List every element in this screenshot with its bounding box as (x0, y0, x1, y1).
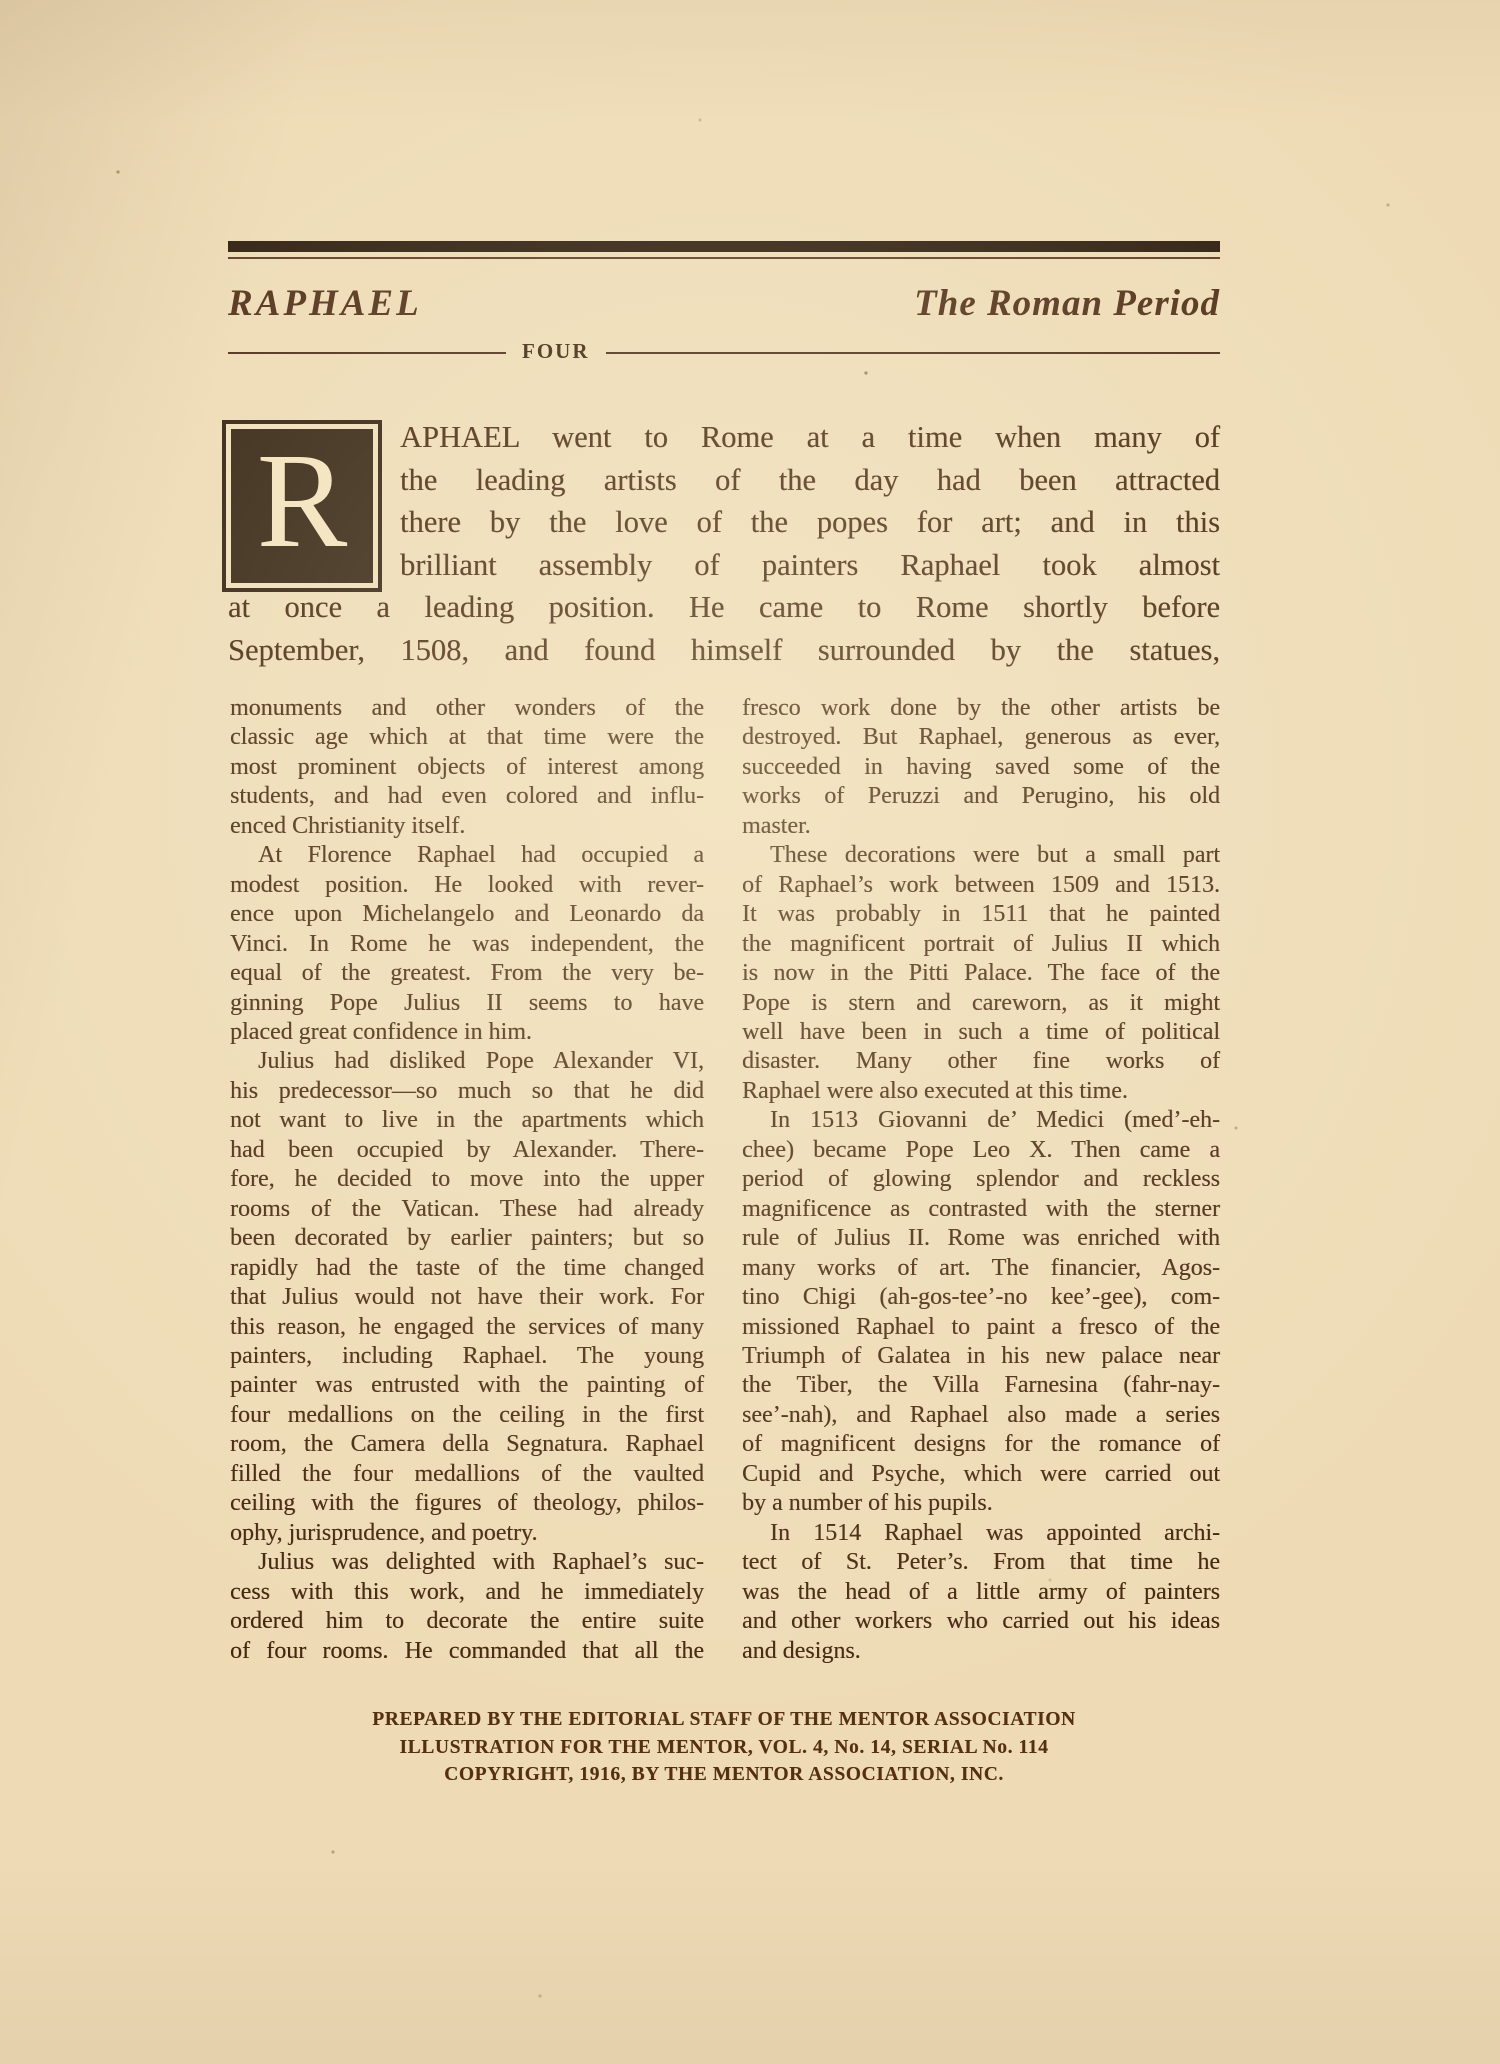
text-line: ILLUSTRATION FOR THE MENTOR, VOL. 4, No.… (228, 1734, 1220, 1762)
text-line: magnificence as contrasted with the ster… (742, 1195, 1220, 1224)
text-line: been decorated by earlier painters; but … (230, 1224, 704, 1253)
text-line: cess with this work, and he immediately (230, 1578, 704, 1607)
text-line: well have been in such a time of politic… (742, 1018, 1220, 1047)
text-line: the leading artists of the day had been … (400, 459, 1220, 502)
divider-rule-left (228, 352, 506, 354)
text-line: rapidly had the taste of the time change… (230, 1254, 704, 1283)
text-line: ginning Pope Julius II seems to have (230, 989, 704, 1018)
text-line: In 1513 Giovanni de’ Medici (med’-eh- (742, 1106, 1220, 1135)
text-line: Julius was delighted with Raphael’s suc- (230, 1548, 704, 1577)
text-line: students, and had even colored and influ… (230, 782, 704, 811)
text-line: painters, including Raphael. The young (230, 1342, 704, 1371)
text-line: missioned Raphael to paint a fresco of t… (742, 1313, 1220, 1342)
text-line: Vinci. In Rome he was independent, the (230, 930, 704, 959)
divider-rule-right (606, 352, 1221, 354)
text-line: ence upon Michelangelo and Leonardo da (230, 900, 704, 929)
text-line: painter was entrusted with the painting … (230, 1371, 704, 1400)
text-line: ordered him to decorate the entire suite (230, 1607, 704, 1636)
text-line: monuments and other wonders of the (230, 694, 704, 723)
text-line: fore, he decided to move into the upper (230, 1165, 704, 1194)
text-line: Triumph of Galatea in his new palace nea… (742, 1342, 1220, 1371)
text-line: ceiling with the figures of theology, ph… (230, 1489, 704, 1518)
text-line: enced Christianity itself. (230, 812, 704, 841)
text-line: period of glowing splendor and reckless (742, 1165, 1220, 1194)
text-line: his predecessor—so much so that he did (230, 1077, 704, 1106)
text-line: Cupid and Psyche, which were carried out (742, 1460, 1220, 1489)
text-line: had been occupied by Alexander. There- (230, 1136, 704, 1165)
text-line: tect of St. Peter’s. From that time he (742, 1548, 1220, 1577)
paragraph: At Florence Raphael had occupied amodest… (230, 841, 704, 1047)
text-line: Raphael were also executed at this time. (742, 1077, 1220, 1106)
text-line: of four rooms. He commanded that all the (230, 1637, 704, 1666)
paragraph: These decorations were but a small parto… (742, 841, 1220, 1106)
text-line: APHAEL went to Rome at a time when many … (400, 416, 1220, 459)
text-line: destroyed. But Raphael, generous as ever… (742, 723, 1220, 752)
text-line: master. (742, 812, 1220, 841)
drop-cap-tile: R (231, 429, 373, 583)
paragraph: fresco work done by the other artists be… (742, 694, 1220, 841)
text-line: Julius had disliked Pope Alexander VI, (230, 1047, 704, 1076)
text-line: placed great confidence in him. (230, 1018, 704, 1047)
text-line: chee) became Pope Leo X. Then came a (742, 1136, 1220, 1165)
text-line: rooms of the Vatican. These had already (230, 1195, 704, 1224)
text-line: the magnificent portrait of Julius II wh… (742, 930, 1220, 959)
page-number-divider: FOUR (228, 340, 1220, 365)
drop-cap: R (222, 420, 382, 592)
text-line: At Florence Raphael had occupied a (230, 841, 704, 870)
text-line: classic age which at that time were the (230, 723, 704, 752)
text-line: that Julius would not have their work. F… (230, 1283, 704, 1312)
text-line: COPYRIGHT, 1916, BY THE MENTOR ASSOCIATI… (228, 1761, 1220, 1789)
text-line: not want to live in the apartments which (230, 1106, 704, 1135)
text-line: filled the four medallions of the vaulte… (230, 1460, 704, 1489)
text-line: equal of the greatest. From the very be- (230, 959, 704, 988)
paragraph: Julius had disliked Pope Alexander VI,hi… (230, 1047, 704, 1548)
body-right-column: fresco work done by the other artists be… (742, 694, 1220, 1666)
top-rule-thick (228, 241, 1220, 252)
page-number-label: FOUR (522, 339, 590, 364)
text-line: tino Chigi (ah-gos-tee’-no kee’-gee), co… (742, 1283, 1220, 1312)
text-line: by a number of his pupils. (742, 1489, 1220, 1518)
paragraph: monuments and other wonders of theclassi… (230, 694, 704, 841)
text-line: PREPARED BY THE EDITORIAL STAFF OF THE M… (228, 1706, 1220, 1734)
text-line: fresco work done by the other artists be (742, 694, 1220, 723)
running-header: RAPHAEL The Roman Period (228, 282, 1220, 325)
header-left-title: RAPHAEL (228, 282, 422, 325)
intro-section: R APHAEL went to Rome at a time when man… (228, 416, 1220, 671)
text-line: of Raphael’s work between 1509 and 1513. (742, 871, 1220, 900)
drop-cap-letter: R (257, 433, 348, 569)
text-line: and designs. (742, 1637, 1220, 1666)
text-line: there by the love of the popes for art; … (400, 501, 1220, 544)
text-line: September, 1508, and found himself surro… (228, 629, 1220, 672)
paragraph: Julius was delighted with Raphael’s suc-… (230, 1548, 704, 1666)
text-line: and other workers who carried out his id… (742, 1607, 1220, 1636)
text-line: disaster. Many other fine works of (742, 1047, 1220, 1076)
text-line: of magnificent designs for the romance o… (742, 1430, 1220, 1459)
text-line: the Tiber, the Villa Farnesina (fahr-nay… (742, 1371, 1220, 1400)
text-line: see’-nah), and Raphael also made a serie… (742, 1401, 1220, 1430)
footer: PREPARED BY THE EDITORIAL STAFF OF THE M… (228, 1706, 1220, 1789)
text-line: at once a leading position. He came to R… (228, 586, 1220, 629)
top-rule-thin (228, 257, 1220, 259)
text-line: In 1514 Raphael was appointed archi- (742, 1519, 1220, 1548)
text-line: succeeded in having saved some of the (742, 753, 1220, 782)
body-left-column: monuments and other wonders of theclassi… (230, 694, 704, 1666)
text-line: rule of Julius II. Rome was enriched wit… (742, 1224, 1220, 1253)
text-line: ophy, jurisprudence, and poetry. (230, 1519, 704, 1548)
header-right-title: The Roman Period (914, 282, 1220, 325)
page: RAPHAEL The Roman Period FOUR R APHAEL w… (0, 0, 1500, 2064)
text-line: modest position. He looked with rever- (230, 871, 704, 900)
text-line: is now in the Pitti Palace. The face of … (742, 959, 1220, 988)
text-line: Pope is stern and careworn, as it might (742, 989, 1220, 1018)
text-line: works of Peruzzi and Perugino, his old (742, 782, 1220, 811)
text-line: this reason, he engaged the services of … (230, 1313, 704, 1342)
text-line: many works of art. The financier, Agos- (742, 1254, 1220, 1283)
text-line: was the head of a little army of painter… (742, 1578, 1220, 1607)
text-line: These decorations were but a small part (742, 841, 1220, 870)
text-line: room, the Camera della Segnatura. Raphae… (230, 1430, 704, 1459)
paragraph: In 1513 Giovanni de’ Medici (med’-eh-che… (742, 1106, 1220, 1518)
text-line: most prominent objects of interest among (230, 753, 704, 782)
text-line: brilliant assembly of painters Raphael t… (400, 544, 1220, 587)
text-line: It was probably in 1511 that he painted (742, 900, 1220, 929)
text-line: four medallions on the ceiling in the fi… (230, 1401, 704, 1430)
paragraph: In 1514 Raphael was appointed archi-tect… (742, 1519, 1220, 1666)
